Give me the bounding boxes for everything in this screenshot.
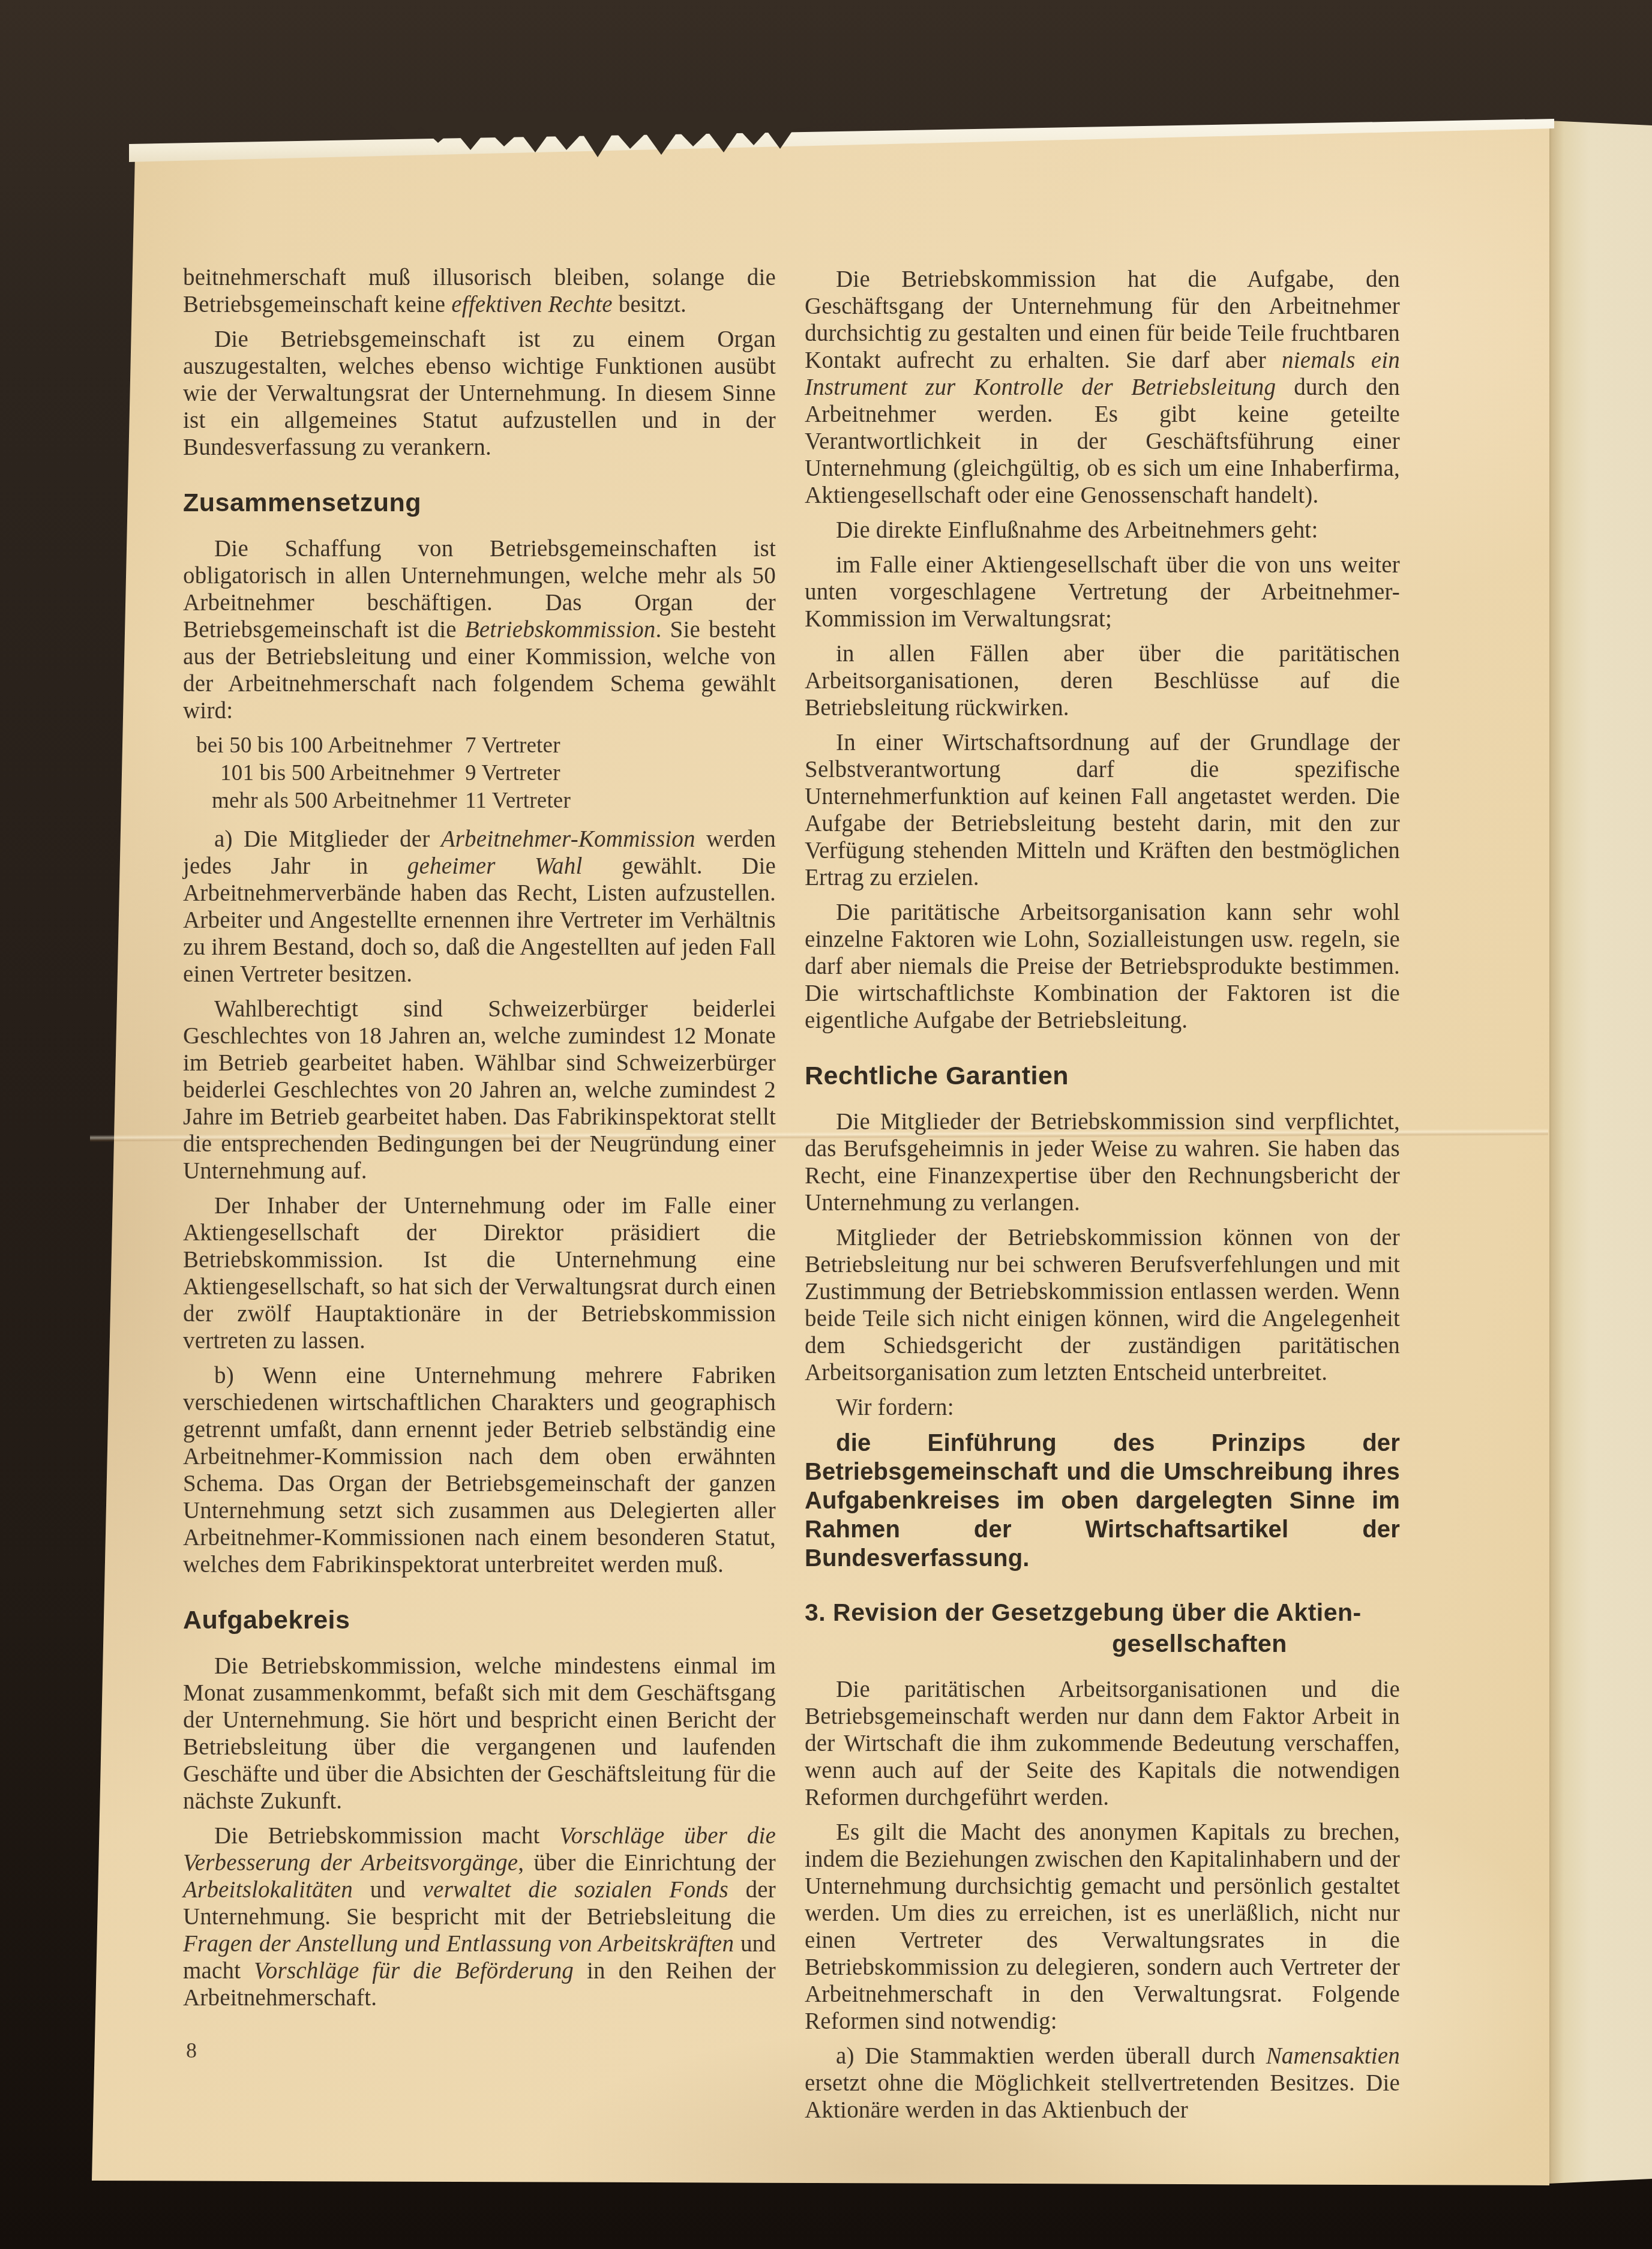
text-segment: Namensaktien [1266, 2043, 1400, 2069]
paragraph: a) Die Stammaktien werden überall durch … [805, 2043, 1400, 2124]
text-segment: und [353, 1877, 423, 1903]
text-segment: Die paritätischen Arbeitsorganisationen … [805, 1677, 1400, 1810]
paragraph: Die Mitglieder der Betriebskommission si… [805, 1108, 1400, 1216]
text-segment: Wahlberechtigt sind Schweizerbürger beid… [183, 996, 776, 1184]
page-number: 8 [186, 2038, 197, 2063]
text-segment: Betriebskommission [465, 617, 656, 643]
text-segment: Fragen der Anstellung und Entlassung von… [183, 1931, 734, 1957]
text-segment: Die Betriebsgemeinschaft ist zu einem Or… [183, 326, 776, 460]
schema-representatives: 11 Vertreter [465, 787, 571, 815]
text-segment: besitzt. [613, 292, 686, 317]
left-column: beitnehmerschaft muß illusorisch bleiben… [183, 264, 776, 2019]
paragraph: Die Schaffung von Betriebsgemeinschaften… [183, 535, 776, 724]
text-segment: Es gilt die Macht des anonymen Kapitals … [805, 1819, 1400, 2034]
heading-line: gesellschaften [1112, 1628, 1400, 1659]
paragraph: Die Betriebsgemeinschaft ist zu einem Or… [183, 326, 776, 461]
paragraph: Die paritätischen Arbeitsorganisationen … [805, 1676, 1400, 1811]
paragraph: Die Betriebskommission hat die Aufgabe, … [805, 266, 1400, 509]
right-column: Die Betriebskommission hat die Aufgabe, … [805, 266, 1400, 2131]
text-segment: im Falle einer Aktiengesellschaft über d… [805, 552, 1400, 632]
paragraph: Die direkte Einflußnahme des Arbeitnehme… [805, 517, 1400, 544]
text-segment: b) Wenn eine Unternehmung mehrere Fabrik… [183, 1363, 776, 1578]
text-segment: Arbeitslokalitäten [183, 1877, 353, 1903]
text-segment: geheimer Wahl [407, 853, 583, 879]
text-segment: Die direkte Einflußnahme des Arbeitnehme… [836, 517, 1318, 543]
paragraph: beitnehmerschaft muß illusorisch bleiben… [183, 264, 776, 318]
text-segment: verwaltet die sozialen Fonds [423, 1877, 728, 1903]
section-heading: Aufgabekreis [183, 1605, 776, 1636]
text-segment: , über die Einrichtung der [518, 1850, 776, 1876]
text-segment: a) Die Mitglieder der [214, 826, 441, 852]
text-segment: Die Mitglieder der Betriebskommission si… [805, 1109, 1400, 1216]
schema-row: mehr als 500 Arbeitnehmer11 Vertreter [183, 787, 776, 815]
paragraph: Mitglieder der Betriebskommission können… [805, 1224, 1400, 1386]
schema-representatives: 9 Vertreter [465, 760, 560, 787]
text-segment: Arbeitnehmer-Kommission [441, 826, 695, 852]
schema-row: bei 50 bis 100 Arbeitnehmer7 Vertreter [183, 732, 776, 760]
representation-schema: bei 50 bis 100 Arbeitnehmer7 Vertreter10… [183, 732, 776, 815]
text-segment: Vorschläge für die Beförderung [254, 1958, 574, 1984]
section-heading: 3. Revision der Gesetzgebung über die Ak… [805, 1597, 1400, 1659]
paragraph: in allen Fällen aber über die paritätisc… [805, 640, 1400, 721]
text-segment: In einer Wirtschaftsordnung auf der Grun… [805, 730, 1400, 890]
text-segment: in allen Fällen aber über die paritätisc… [805, 641, 1400, 721]
schema-representatives: 7 Vertreter [465, 732, 560, 760]
paragraph: In einer Wirtschaftsordnung auf der Grun… [805, 729, 1400, 891]
text-segment: die Einführung des Prinzips der Betriebs… [805, 1430, 1400, 1572]
text-segment: Wir fordern: [836, 1395, 954, 1420]
section-heading: Rechtliche Garantien [805, 1060, 1400, 1091]
text-segment: Die paritätische Arbeitsorganisation kan… [805, 899, 1400, 1033]
schema-employee-range: mehr als 500 Arbeitnehmer [183, 787, 465, 815]
paragraph: Die Betriebskommission macht Vorschläge … [183, 1822, 776, 2011]
text-segment: a) Die Stammaktien werden überall durch [836, 2043, 1266, 2069]
schema-employee-range: 101 bis 500 Arbeitnehmer [183, 760, 465, 787]
scanned-document-screenshot: beitnehmerschaft muß illusorisch bleiben… [0, 0, 1652, 2249]
heading-line: 3. Revision der Gesetzgebung über die Ak… [805, 1597, 1400, 1628]
text-segment: Mitglieder der Betriebskommission können… [805, 1225, 1400, 1386]
paragraph: Es gilt die Macht des anonymen Kapitals … [805, 1819, 1400, 2035]
demand-statement: die Einführung des Prinzips der Betriebs… [805, 1429, 1400, 1573]
schema-employee-range: bei 50 bis 100 Arbeitnehmer [183, 732, 465, 760]
text-segment: ersetzt ohne die Möglichkeit stellvertre… [805, 2070, 1400, 2123]
paragraph: Wir fordern: [805, 1394, 1400, 1421]
paragraph: Wahlberechtigt sind Schweizerbürger beid… [183, 995, 776, 1185]
text-segment: Die Betriebskommission macht [214, 1823, 559, 1849]
text-segment: Der Inhaber der Unternehmung oder im Fal… [183, 1193, 776, 1354]
schema-row: 101 bis 500 Arbeitnehmer9 Vertreter [183, 760, 776, 787]
paragraph: Die Betriebskommission, welche mindesten… [183, 1653, 776, 1815]
section-heading: Zusammensetzung [183, 487, 776, 518]
paragraph: Die paritätische Arbeitsorganisation kan… [805, 899, 1400, 1034]
text-segment: effektiven Rechte [451, 292, 613, 317]
paragraph: im Falle einer Aktiengesellschaft über d… [805, 551, 1400, 632]
paragraph: b) Wenn eine Unternehmung mehrere Fabrik… [183, 1362, 776, 1578]
page-fold-edge [1548, 118, 1652, 2186]
paragraph: a) Die Mitglieder der Arbeitnehmer-Kommi… [183, 826, 776, 988]
text-segment: Die Betriebskommission, welche mindesten… [183, 1653, 776, 1814]
paragraph: Der Inhaber der Unternehmung oder im Fal… [183, 1192, 776, 1354]
